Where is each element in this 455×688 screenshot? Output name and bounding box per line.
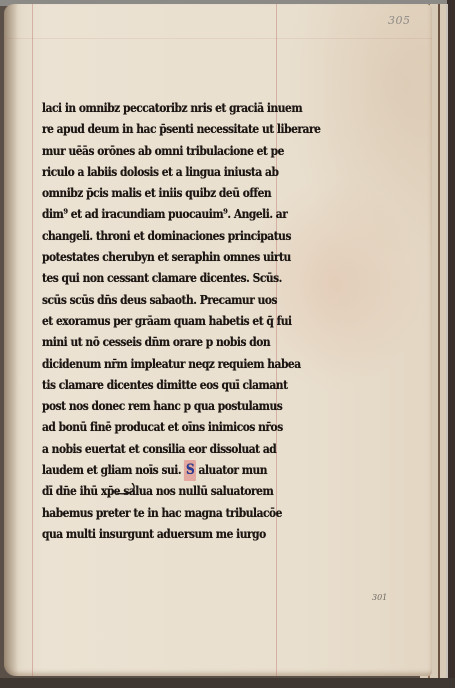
ruling-line-top xyxy=(4,38,432,39)
gutter-shadow xyxy=(4,4,18,676)
text-line: qua multi insurgunt aduersum me iurgo xyxy=(42,523,254,544)
text-line: re apud deum in hac p̄senti necessitate … xyxy=(42,118,254,139)
text-line: dicidenum nr̄m impleatur neqz requiem ha… xyxy=(42,353,254,374)
text-line: changeli. throni et dominaciones princip… xyxy=(42,225,254,246)
decorated-initial: S xyxy=(184,460,196,481)
backdrop-bottom xyxy=(0,678,455,688)
text-line: et exoramus per grāam quam habetis et q̄… xyxy=(42,310,254,331)
descender-flourish xyxy=(116,483,144,497)
text-line: post nos donec rem hanc p qua postulamus xyxy=(42,395,254,416)
book-cover-edge xyxy=(447,0,455,688)
leaf-edge-line xyxy=(438,4,440,680)
text-line: a nobis euertat et consilia eor dissolua… xyxy=(42,438,254,459)
text-line: dī dn̄e ihū xp̄e salua nos nullū saluato… xyxy=(42,480,254,501)
folio-number: 305 xyxy=(388,14,411,27)
ruling-line-left xyxy=(32,4,33,676)
text-line: ad bonū finē producat et oīns inimicos n… xyxy=(42,416,254,437)
text-line: laci in omnibz peccatoribz nris et graci… xyxy=(42,97,254,118)
text-line: omnibz p̄cis malis et iniis quibz deū of… xyxy=(42,182,254,203)
text-segment: laudem et gliam noīs sui. xyxy=(42,462,181,477)
text-column: laci in omnibz peccatoribz nris et graci… xyxy=(42,97,289,544)
text-line: dim⁹ et ad iracundiam puocauim⁹. Angeli.… xyxy=(42,203,254,224)
manuscript-page: 305 301 laci in omnibz peccatoribz nris … xyxy=(4,4,432,676)
text-line: riculo a labiis dolosis et a lingua iniu… xyxy=(42,161,254,182)
text-line: habemus preter te in hac magna tribulacō… xyxy=(42,502,254,523)
text-line-with-initial: laudem et gliam noīs sui. Saluator mun xyxy=(42,459,254,480)
text-line: mur uēās orōnes ab omni tribulacione et … xyxy=(42,140,254,161)
text-line: potestates cherubyn et seraphin omnes ui… xyxy=(42,246,254,267)
text-line: mini ut nō cesseis dn̄m orare p nobis do… xyxy=(42,331,254,352)
text-line: tes qui non cessant clamare dicentes. Sc… xyxy=(42,267,254,288)
text-segment: aluator mun xyxy=(199,462,268,477)
text-line: tis clamare dicentes dimitte eos quī cla… xyxy=(42,374,254,395)
page-number: 301 xyxy=(372,593,387,602)
text-line: scūs scūs dn̄s deus sabaoth. Precamur uo… xyxy=(42,289,254,310)
